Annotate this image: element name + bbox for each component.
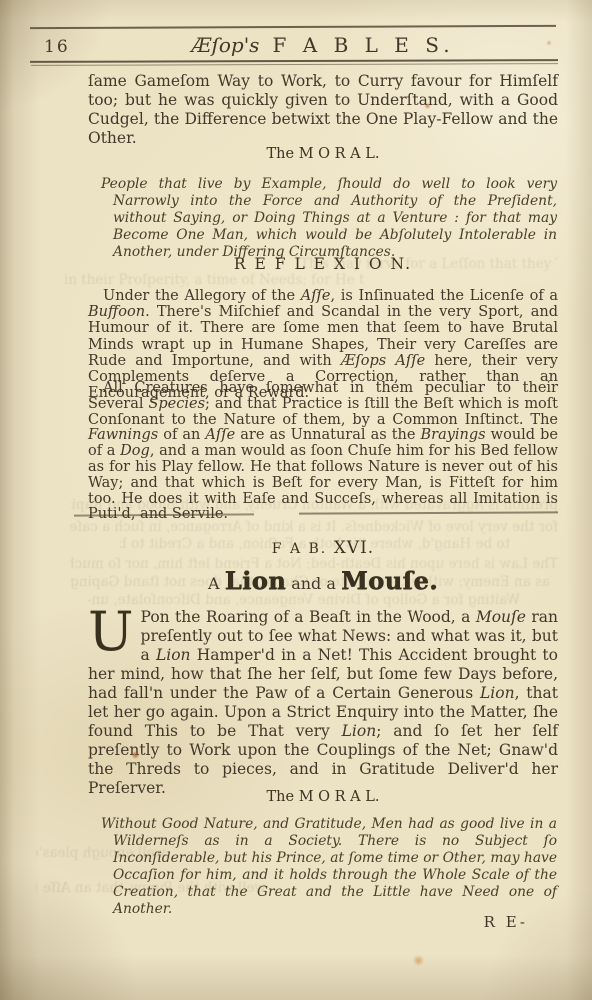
- header-bottom-rule-2: [31, 63, 558, 66]
- intro-paragraph: ſame Gameſom Way to Work, to Curry favou…: [88, 72, 558, 148]
- page-number: 16: [44, 37, 70, 57]
- fable-title: A Lion and a Mouſe.: [88, 566, 558, 595]
- book-page-scan: This may ſerve for a Leſſon that they Tr…: [0, 0, 592, 1000]
- moral-heading-2: The M O R A L.: [88, 789, 558, 805]
- foxing-stain: [412, 955, 425, 966]
- running-header-author: Æſop's: [191, 33, 259, 57]
- drop-cap: U: [88, 608, 141, 653]
- catchword: R E-: [88, 913, 528, 931]
- moral-text-2: Without Good Nature, and Gratitude, Men …: [101, 816, 557, 918]
- reflexion-heading: R E F L E X I O N.: [88, 255, 558, 273]
- fable-paragraph-text: Pon the Roaring of a Beaſt in the Wood, …: [88, 608, 558, 797]
- moral-heading-1: The M O R A L.: [88, 146, 558, 162]
- header-bottom-rule: [30, 59, 558, 63]
- fable-paragraph: UPon the Roaring of a Beaſt in the Wood,…: [88, 608, 558, 798]
- reflexion-paragraph-2: All Creatures have ſomewhat in them pecu…: [88, 381, 558, 523]
- moral-text-1: People that live by Example, ſhould do w…: [101, 176, 557, 261]
- running-header-title: F A B L E S.: [273, 33, 455, 57]
- header-top-rule: [30, 25, 556, 29]
- fable-number-heading: F A B. XVI.: [88, 538, 558, 558]
- show-through-line: in their Proſperity, a time of Needs; fo…: [64, 272, 364, 288]
- running-header: Æſop's F A B L E S.: [88, 33, 558, 57]
